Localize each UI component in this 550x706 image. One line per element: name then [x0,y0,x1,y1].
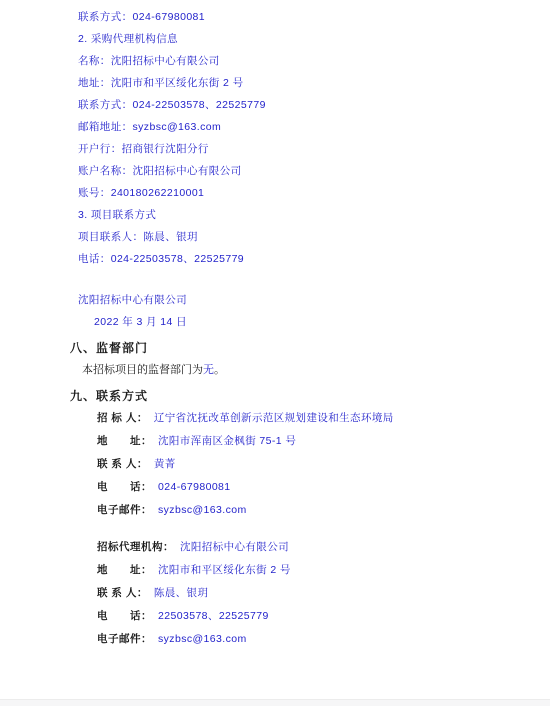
field-value: 沈阳市和平区绥化东街 2 号 [158,564,291,576]
doc-line-agency-email: 邮箱地址：syzbsc@163.com [78,116,520,138]
field-label: 地 址： [97,435,152,447]
field-value: 辽宁省沈抚改革创新示范区规划建设和生态环境局 [154,412,394,424]
supervision-body-value: 无 [203,364,214,376]
contact-row-bidder-person: 联 系 人：黄菁 [97,453,520,476]
contact-row-agency-address: 地 址：沈阳市和平区绥化东街 2 号 [97,559,520,582]
contact-row-bidder-name: 招 标 人：辽宁省沈抚改革创新示范区规划建设和生态环境局 [97,407,520,430]
doc-line-bank-name: 开户行：招商银行沈阳分行 [78,138,520,160]
field-label: 招 标 人： [97,412,148,424]
field-label: 地 址： [97,564,152,576]
doc-line-agency-phone: 联系方式：024-22503578、22525779 [78,94,520,116]
field-value: 024-67980081 [158,481,231,493]
field-value: syzbsc@163.com [158,633,247,645]
signature-company: 沈阳招标中心有限公司 [78,289,520,311]
field-label: 招标代理机构： [97,541,174,553]
doc-line-account-number: 账号：240180262210001 [78,182,520,204]
supervision-body: 本招标项目的监督部门为无。 [82,359,520,381]
field-value: 黄菁 [154,458,176,470]
supervision-body-prefix: 本招标项目的监督部门为 [82,364,203,376]
doc-line-contact-phone: 联系方式：024-67980081 [78,6,520,28]
contact-row-bidder-phone: 电 话：024-67980081 [97,476,520,499]
contact-row-agency-phone: 电 话：22503578、22525779 [97,605,520,628]
field-label: 联 系 人： [97,458,148,470]
page-bottom-gap [0,699,550,706]
contact-row-agency-person: 联 系 人：陈晨、银玥 [97,582,520,605]
contact-row-agency-email: 电子邮件：syzbsc@163.com [97,628,520,651]
agency-contact-block: 招标代理机构：沈阳招标中心有限公司 地 址：沈阳市和平区绥化东街 2 号 联 系… [97,536,520,651]
doc-line-agency-info-heading: 2. 采购代理机构信息 [78,28,520,50]
field-label: 电子邮件： [97,633,152,645]
section-heading-supervision: 八、监督部门 [70,337,520,359]
doc-line-account-name: 账户名称：沈阳招标中心有限公司 [78,160,520,182]
bidder-contact-block: 招 标 人：辽宁省沈抚改革创新示范区规划建设和生态环境局 地 址：沈阳市浑南区金… [97,407,520,522]
field-label: 电子邮件： [97,504,152,516]
field-value: 沈阳招标中心有限公司 [180,541,289,553]
section-heading-contact: 九、联系方式 [70,385,520,407]
field-value: 陈晨、银玥 [154,587,209,599]
doc-line-agency-address: 地址：沈阳市和平区绥化东街 2 号 [78,72,520,94]
field-value: 22503578、22525779 [158,610,269,622]
doc-line-agency-name: 名称：沈阳招标中心有限公司 [78,50,520,72]
field-label: 电 话： [97,481,152,493]
contact-row-agency-name: 招标代理机构：沈阳招标中心有限公司 [97,536,520,559]
doc-line-project-contact-phone: 电话：024-22503578、22525779 [78,248,520,270]
field-value: 沈阳市浑南区金枫街 75-1 号 [158,435,296,447]
field-value: syzbsc@163.com [158,504,247,516]
contact-row-bidder-email: 电子邮件：syzbsc@163.com [97,499,520,522]
supervision-body-suffix: 。 [214,364,225,376]
document-page: 联系方式：024-67980081 2. 采购代理机构信息 名称：沈阳招标中心有… [0,0,550,699]
doc-line-project-contact-heading: 3. 项目联系方式 [78,204,520,226]
field-label: 联 系 人： [97,587,148,599]
signature-date: 2022 年 3 月 14 日 [94,311,520,333]
doc-line-project-contact-person: 项目联系人：陈晨、银玥 [78,226,520,248]
contact-row-bidder-address: 地 址：沈阳市浑南区金枫街 75-1 号 [97,430,520,453]
field-label: 电 话： [97,610,152,622]
